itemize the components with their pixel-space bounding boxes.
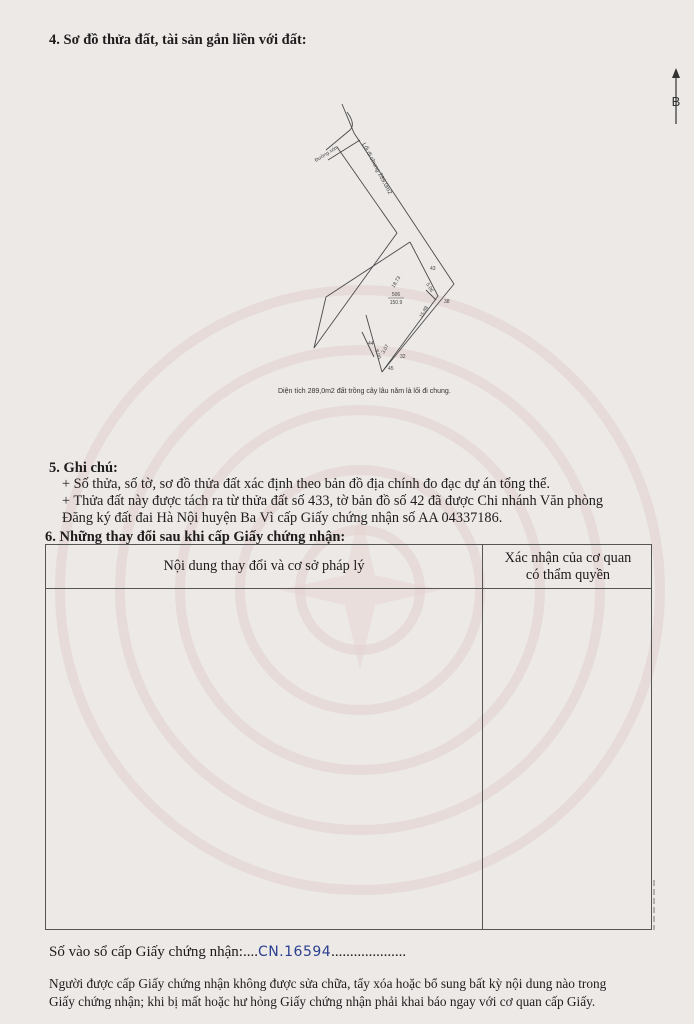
section-5-title: 5. Ghi chú: [49,460,118,477]
header-divider [46,588,651,589]
column-header-changes: Nội dung thay đổi và cơ sở pháp lý [46,545,482,588]
svg-text:Đường xóm: Đường xóm [314,144,340,163]
registration-label: Số vào sổ cấp Giấy chứng nhận: [49,944,243,960]
svg-text:32: 32 [400,354,406,360]
handwritten-registration-value: CN.16594 [258,944,331,960]
column-divider [482,545,483,929]
section-4-title: 4. Sơ đồ thửa đất, tài sản gắn liền với … [49,32,307,49]
svg-text:150.9: 150.9 [390,300,403,306]
column-header-confirmation: Xác nhận của cơ quan có thẩm quyền [483,545,653,588]
svg-text:45: 45 [388,366,394,372]
registration-dots: .... [243,944,258,960]
north-arrow-icon: B [664,66,688,126]
svg-text:5.06: 5.06 [424,282,434,294]
changes-table: Nội dung thay đổi và cơ sở pháp lý Xác n… [45,544,652,930]
column-header-line: có thẩm quyền [526,567,610,584]
footer-notice-line: Giấy chứng nhận; khi bị mất hoặc hư hỏng… [49,994,595,1010]
svg-text:3.07: 3.07 [381,343,391,355]
svg-text:18.73: 18.73 [391,275,403,289]
diagram-caption: Diện tích 289,0m2 đất trồng cây lâu năm … [278,388,451,395]
column-header-line: Xác nhận của cơ quan [505,550,632,567]
note-line: Đăng ký đất đai Hà Nội huyện Ba Vì cấp G… [62,510,502,527]
dashed-border-extension [652,880,664,930]
svg-text:38: 38 [444,299,450,305]
note-line: + Thửa đất này được tách ra từ thửa đất … [62,493,603,510]
registration-number: Số vào sổ cấp Giấy chứng nhận:....CN.165… [49,944,406,961]
svg-text:43: 43 [430,266,436,272]
svg-text:B: B [672,94,681,109]
parcel-diagram: Đường xóm Lối đi chung 289,0m2 506 150.9… [270,100,490,400]
svg-text:506: 506 [392,292,401,298]
svg-text:15.88: 15.88 [419,305,431,319]
registration-dots: .................... [331,944,406,960]
svg-text:44: 44 [368,341,374,347]
footer-notice-line: Người được cấp Giấy chứng nhận không đượ… [49,976,606,992]
note-line: + Số thửa, số tờ, sơ đồ thửa đất xác địn… [62,476,550,493]
